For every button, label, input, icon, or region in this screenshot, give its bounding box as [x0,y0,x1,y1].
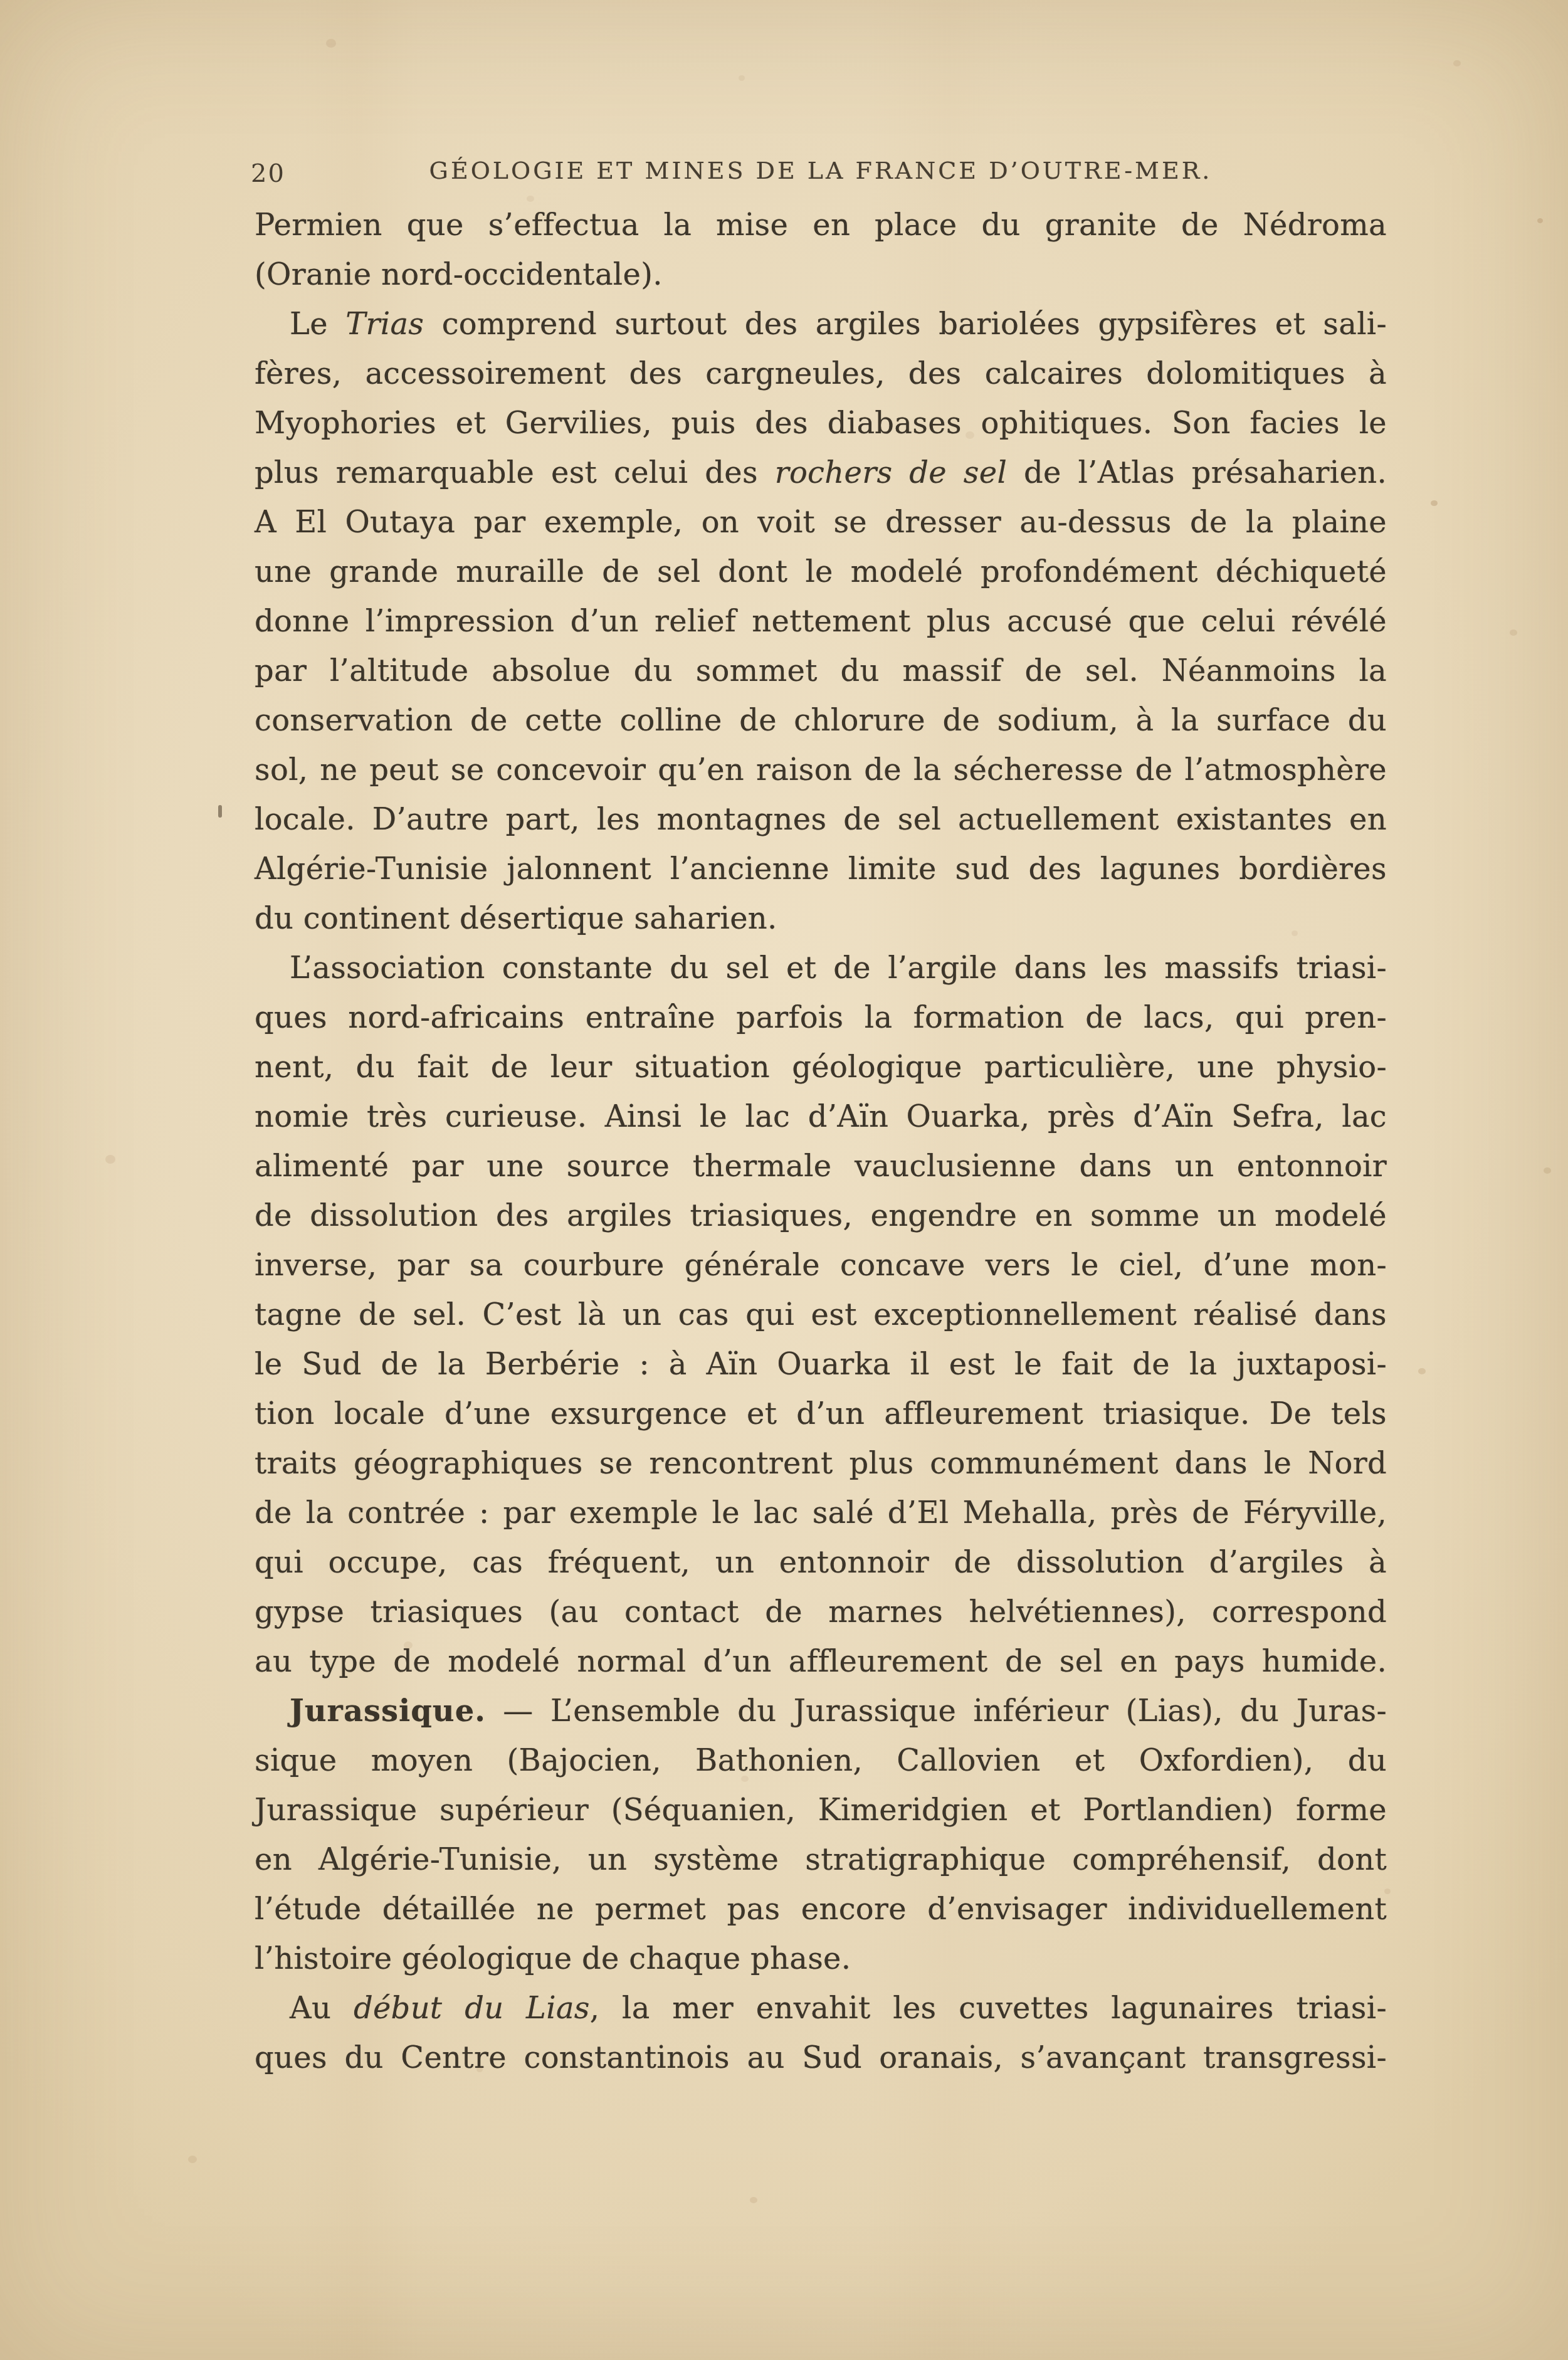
text-run: — L’ensemble du Jurassique inférieur (Li… [486,1694,1387,1729]
text-run: tion locale d’une exsurgence et d’un aff… [255,1396,1387,1431]
text-line: Myophories et Gervilies, puis des diabas… [255,399,1387,448]
text-run: inverse, par sa courbure générale concav… [255,1248,1387,1283]
text-line: l’histoire géologique de chaque phase. [255,1934,1387,1984]
text-run: Algérie-Tunisie jalonnent l’ancienne lim… [255,851,1387,887]
text-run: alimenté par une source thermale vauclus… [255,1149,1387,1184]
foxing-stain [1510,630,1517,636]
foxing-stain [105,1155,115,1164]
text-run: gypse triasiques (au contact de marnes h… [255,1594,1387,1630]
foxing-stain [1431,500,1438,506]
text-line: Permien que s’effectua la mise en place … [255,201,1387,250]
text-run: ques du Centre constantinois au Sud oran… [255,2040,1387,2075]
text-run: plus remarquable est celui des [255,455,775,490]
italic-text: Trias [345,307,424,342]
text-run: L’association constante du sel et de l’a… [290,951,1387,986]
text-line: fères, accessoirement des cargneules, de… [255,349,1387,399]
running-title: GÉOLOGIE ET MINES DE LA FRANCE D’OUTRE-M… [255,157,1387,184]
text-line: par l’altitude absolue du sommet du mass… [255,646,1387,696]
text-line: ques du Centre constantinois au Sud oran… [255,2033,1387,2083]
text-run: Jurassique supérieur (Séquanien, Kimerid… [255,1793,1387,1828]
text-line: sique moyen (Bajocien, Bathonien, Callov… [255,1736,1387,1786]
text-run: qui occupe, cas fréquent, un entonnoir d… [255,1545,1387,1580]
text-line: de la contrée : par exemple le lac salé … [255,1488,1387,1538]
foxing-stain [1453,60,1461,66]
text-run: locale. D’autre part, les montagnes de s… [255,802,1387,837]
text-run: par l’altitude absolue du sommet du mass… [255,653,1387,688]
text-run: Myophories et Gervilies, puis des diabas… [255,406,1387,441]
text-line: Jurassique. — L’ensemble du Jurassique i… [255,1687,1387,1736]
foxing-stain [1418,1368,1426,1374]
text-line: tion locale d’une exsurgence et d’un aff… [255,1389,1387,1439]
text-run: donne l’impression d’un relief nettement… [255,604,1387,639]
text-run: le Sud de la Berbérie : à Aïn Ouarka il … [255,1347,1387,1382]
text-line: (Oranie nord-occidentale). [255,250,1387,300]
italic-text: début du Lias [354,1991,590,2026]
text-run: l’étude détaillée ne permet pas encore d… [255,1892,1387,1927]
text-line: ques nord-africains entraîne parfois la … [255,993,1387,1043]
text-line: traits géographiques se rencontrent plus… [255,1439,1387,1488]
text-line: de dissolution des argiles triasiques, e… [255,1191,1387,1241]
text-run: de la contrée : par exemple le lac salé … [255,1495,1387,1530]
body-text-column: Permien que s’effectua la mise en place … [255,201,1387,2083]
text-line: alimenté par une source thermale vauclus… [255,1142,1387,1191]
text-line: tagne de sel. C’est là un cas qui est ex… [255,1290,1387,1340]
text-line: une grande muraille de sel dont le model… [255,547,1387,597]
text-line: qui occupe, cas fréquent, un entonnoir d… [255,1538,1387,1588]
text-run: une grande muraille de sel dont le model… [255,554,1387,589]
text-run: A El Outaya par exemple, on voit se dres… [255,505,1387,540]
foxing-stain [739,75,745,81]
text-run: Le [290,307,345,342]
text-line: plus remarquable est celui des rochers d… [255,448,1387,498]
foxing-stain [188,2156,197,2163]
running-head: 20 GÉOLOGIE ET MINES DE LA FRANCE D’OUTR… [255,157,1387,194]
text-line: locale. D’autre part, les montagnes de s… [255,795,1387,845]
foxing-stain [326,39,336,48]
text-run: en Algérie-Tunisie, un système stratigra… [255,1842,1387,1877]
text-line: A El Outaya par exemple, on voit se dres… [255,498,1387,547]
text-run: Au [290,1991,354,2026]
text-run: sol, ne peut se concevoir qu’en raison d… [255,752,1387,788]
text-line: le Sud de la Berbérie : à Aïn Ouarka il … [255,1340,1387,1389]
text-run: de l’Atlas présaharien. [1007,455,1387,490]
text-line: Le Trias comprend surtout des argiles ba… [255,300,1387,349]
text-line: nomie très curieuse. Ainsi le lac d’Aïn … [255,1092,1387,1142]
text-run: sique moyen (Bajocien, Bathonien, Callov… [255,1743,1387,1778]
text-run: du continent désertique saharien. [255,901,777,936]
text-run: nomie très curieuse. Ainsi le lac d’Aïn … [255,1099,1387,1134]
text-line: Algérie-Tunisie jalonnent l’ancienne lim… [255,845,1387,894]
text-run: comprend surtout des argiles bariolées g… [424,307,1387,342]
text-line: en Algérie-Tunisie, un système stratigra… [255,1835,1387,1885]
foxing-stain [1544,1167,1551,1174]
foxing-stain [1537,218,1543,223]
text-line: conservation de cette colline de chlorur… [255,696,1387,745]
text-line: au type de modelé normal d’un affleureme… [255,1637,1387,1687]
bold-lead-word: Jurassique. [290,1694,486,1729]
scanned-book-page: 20 GÉOLOGIE ET MINES DE LA FRANCE D’OUTR… [0,0,1568,2360]
text-run: l’histoire géologique de chaque phase. [255,1941,851,1976]
text-line: Au début du Lias, la mer envahit les cuv… [255,1984,1387,2033]
text-line: sol, ne peut se concevoir qu’en raison d… [255,745,1387,795]
text-run: (Oranie nord-occidentale). [255,257,663,292]
text-line: nent, du fait de leur situation géologiq… [255,1043,1387,1092]
text-run: Permien que s’effectua la mise en place … [255,208,1387,243]
text-line: gypse triasiques (au contact de marnes h… [255,1588,1387,1637]
text-run: traits géographiques se rencontrent plus… [255,1446,1387,1481]
page-number: 20 [251,159,285,188]
text-line: L’association constante du sel et de l’a… [255,944,1387,993]
text-line: inverse, par sa courbure générale concav… [255,1241,1387,1290]
text-line: donne l’impression d’un relief nettement… [255,597,1387,646]
text-run: nent, du fait de leur situation géologiq… [255,1050,1387,1085]
ink-smudge [218,805,222,818]
text-run: , la mer envahit les cuvettes lagunaires… [590,1991,1387,2026]
text-line: du continent désertique saharien. [255,894,1387,944]
text-run: ques nord-africains entraîne parfois la … [255,1000,1387,1035]
text-line: Jurassique supérieur (Séquanien, Kimerid… [255,1786,1387,1835]
text-run: fères, accessoirement des cargneules, de… [255,356,1387,391]
text-run: au type de modelé normal d’un affleureme… [255,1644,1387,1679]
text-run: tagne de sel. C’est là un cas qui est ex… [255,1297,1387,1332]
text-line: l’étude détaillée ne permet pas encore d… [255,1885,1387,1934]
foxing-stain [750,2197,757,2203]
text-run: de dissolution des argiles triasiques, e… [255,1198,1387,1233]
text-run: conservation de cette colline de chlorur… [255,703,1387,738]
italic-text: rochers de sel [775,455,1007,490]
